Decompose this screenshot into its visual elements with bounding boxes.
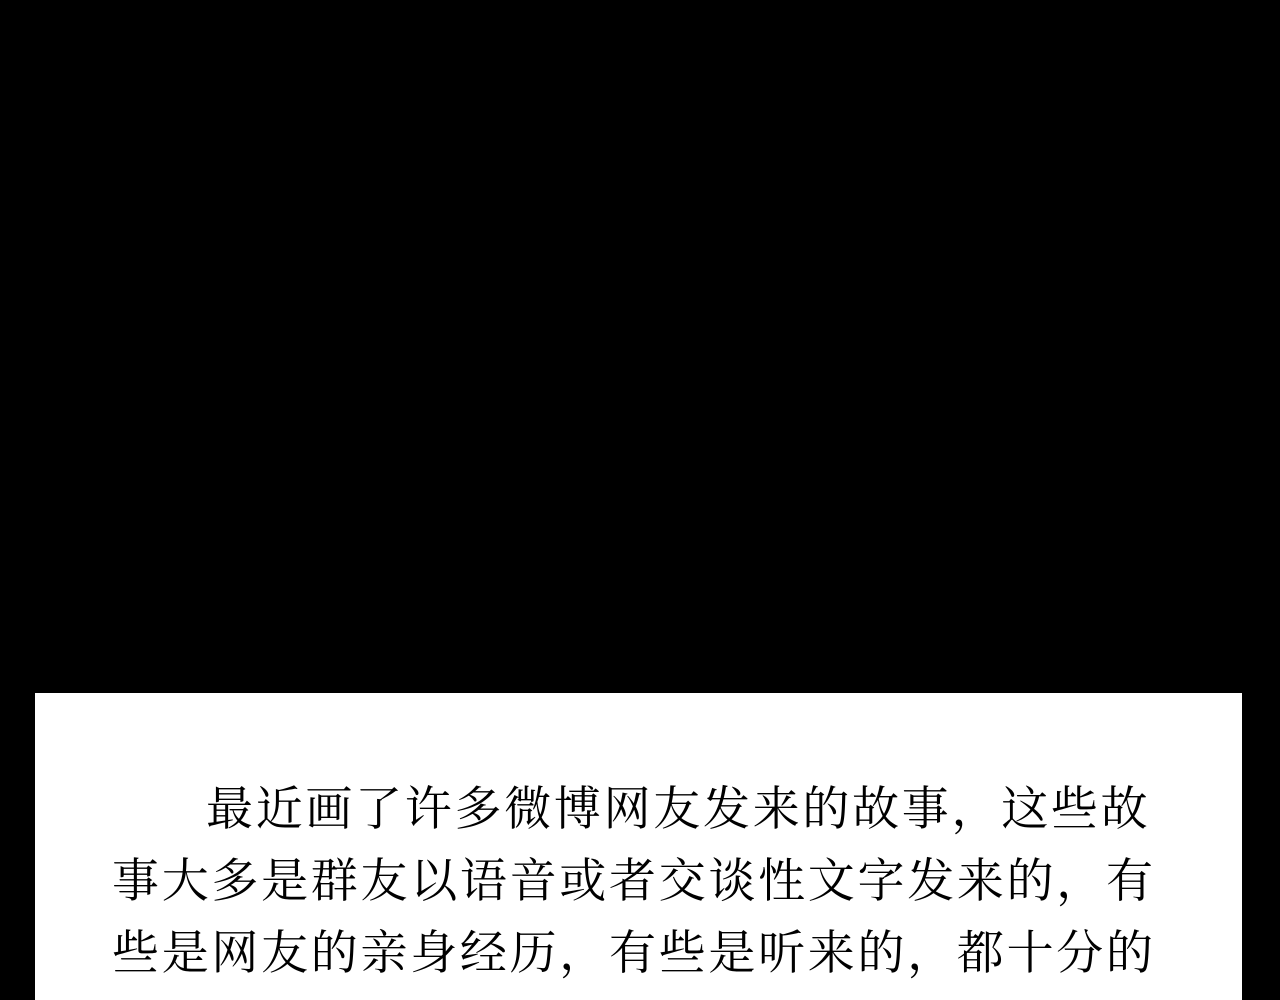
comic-page: 最近画了许多微博网友发来的故事，这些故 事大多是群友以语音或者交谈性文字发来的，… xyxy=(0,0,1280,1000)
note-line-2: 事大多是群友以语音或者交谈性文字发来的，有 xyxy=(112,845,1157,917)
note-line-3: 些是网友的亲身经历，有些是听来的，都十分的 xyxy=(112,917,1157,989)
note-line-1: 最近画了许多微博网友发来的故事，这些故 xyxy=(112,773,1157,845)
author-note-panel: 最近画了许多微博网友发来的故事，这些故 事大多是群友以语音或者交谈性文字发来的，… xyxy=(35,693,1242,1000)
